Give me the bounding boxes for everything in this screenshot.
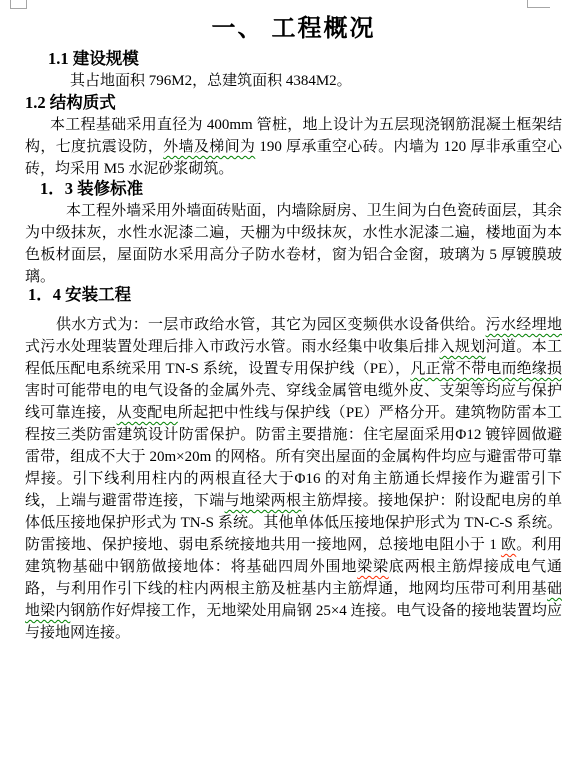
section-heading: 1.1 建设规模 [48,48,562,70]
spellcheck-green-segment: 与地梁两根 [225,493,302,509]
document-page: 一、 工程概况 1.1 建设规模其占地面积 796M2，总建筑面积 4384M2… [0,0,588,761]
text-segment: 式污水处理装置处理后排入市政污水管。雨水经集中收集后排 [25,339,440,355]
text-segment: 供水方式为：一层市政给水管，其它为园区变频供水设备供给。 [56,317,486,333]
spellcheck-green-segment: 外墙及梯间为 [163,139,255,155]
spellcheck-green-segment: 凡正常不带电而绝缘损 [410,361,562,377]
paragraph: 其占地面积 796M2，总建筑面积 4384M2。 [25,70,562,92]
paragraph: 本工程外墙采用外墙面砖贴面，内墙除厨房、卫生间为白色瓷砖面层，其余为中级抹灰，水… [25,200,562,288]
text-segment: 其占地面积 796M2，总建筑面积 4384M2。 [70,73,352,89]
spellcheck-green-segment: 从变配电 [117,405,178,421]
text-segment: 本工程外墙采用外墙面砖贴面，内墙除厨房、卫生间为白色瓷砖面层，其余为中级抹灰，水… [25,203,562,285]
spellcheck-green-segment: 污水经埋地 [486,317,562,333]
section-heading: 1．3 装修标准 [40,178,562,200]
document-content: 一、 工程概况 1.1 建设规模其占地面积 796M2，总建筑面积 4384M2… [0,0,588,644]
spellcheck-red-segment: 欧 [501,537,516,553]
document-sections: 1.1 建设规模其占地面积 796M2，总建筑面积 4384M2。1.2 结构质… [25,48,562,644]
margin-corner-mark-right-icon [527,0,550,8]
margin-corner-mark-left-icon [10,0,27,9]
paragraph: 供水方式为：一层市政给水管，其它为园区变频供水设备供给。污水经埋地式污水处理装置… [25,314,562,644]
section-heading: 1．4 安装工程 [28,284,562,306]
text-segment: 钢筋作好焊接工作，无地梁处用扁钢 25×4 连接。电气设备的接地装置均应与接地网… [25,603,562,641]
section-heading: 1.2 结构质式 [25,92,562,114]
document-title: 一、 工程概况 [25,14,562,44]
spellcheck-green-segment: 入规划 [440,339,486,355]
paragraph: 本工程基础采用直径为 400mm 管桩，地上设计为五层现浇钢筋混凝土框架结构，七… [25,114,562,180]
spellcheck-red-segment: 梁梁 [357,559,389,575]
